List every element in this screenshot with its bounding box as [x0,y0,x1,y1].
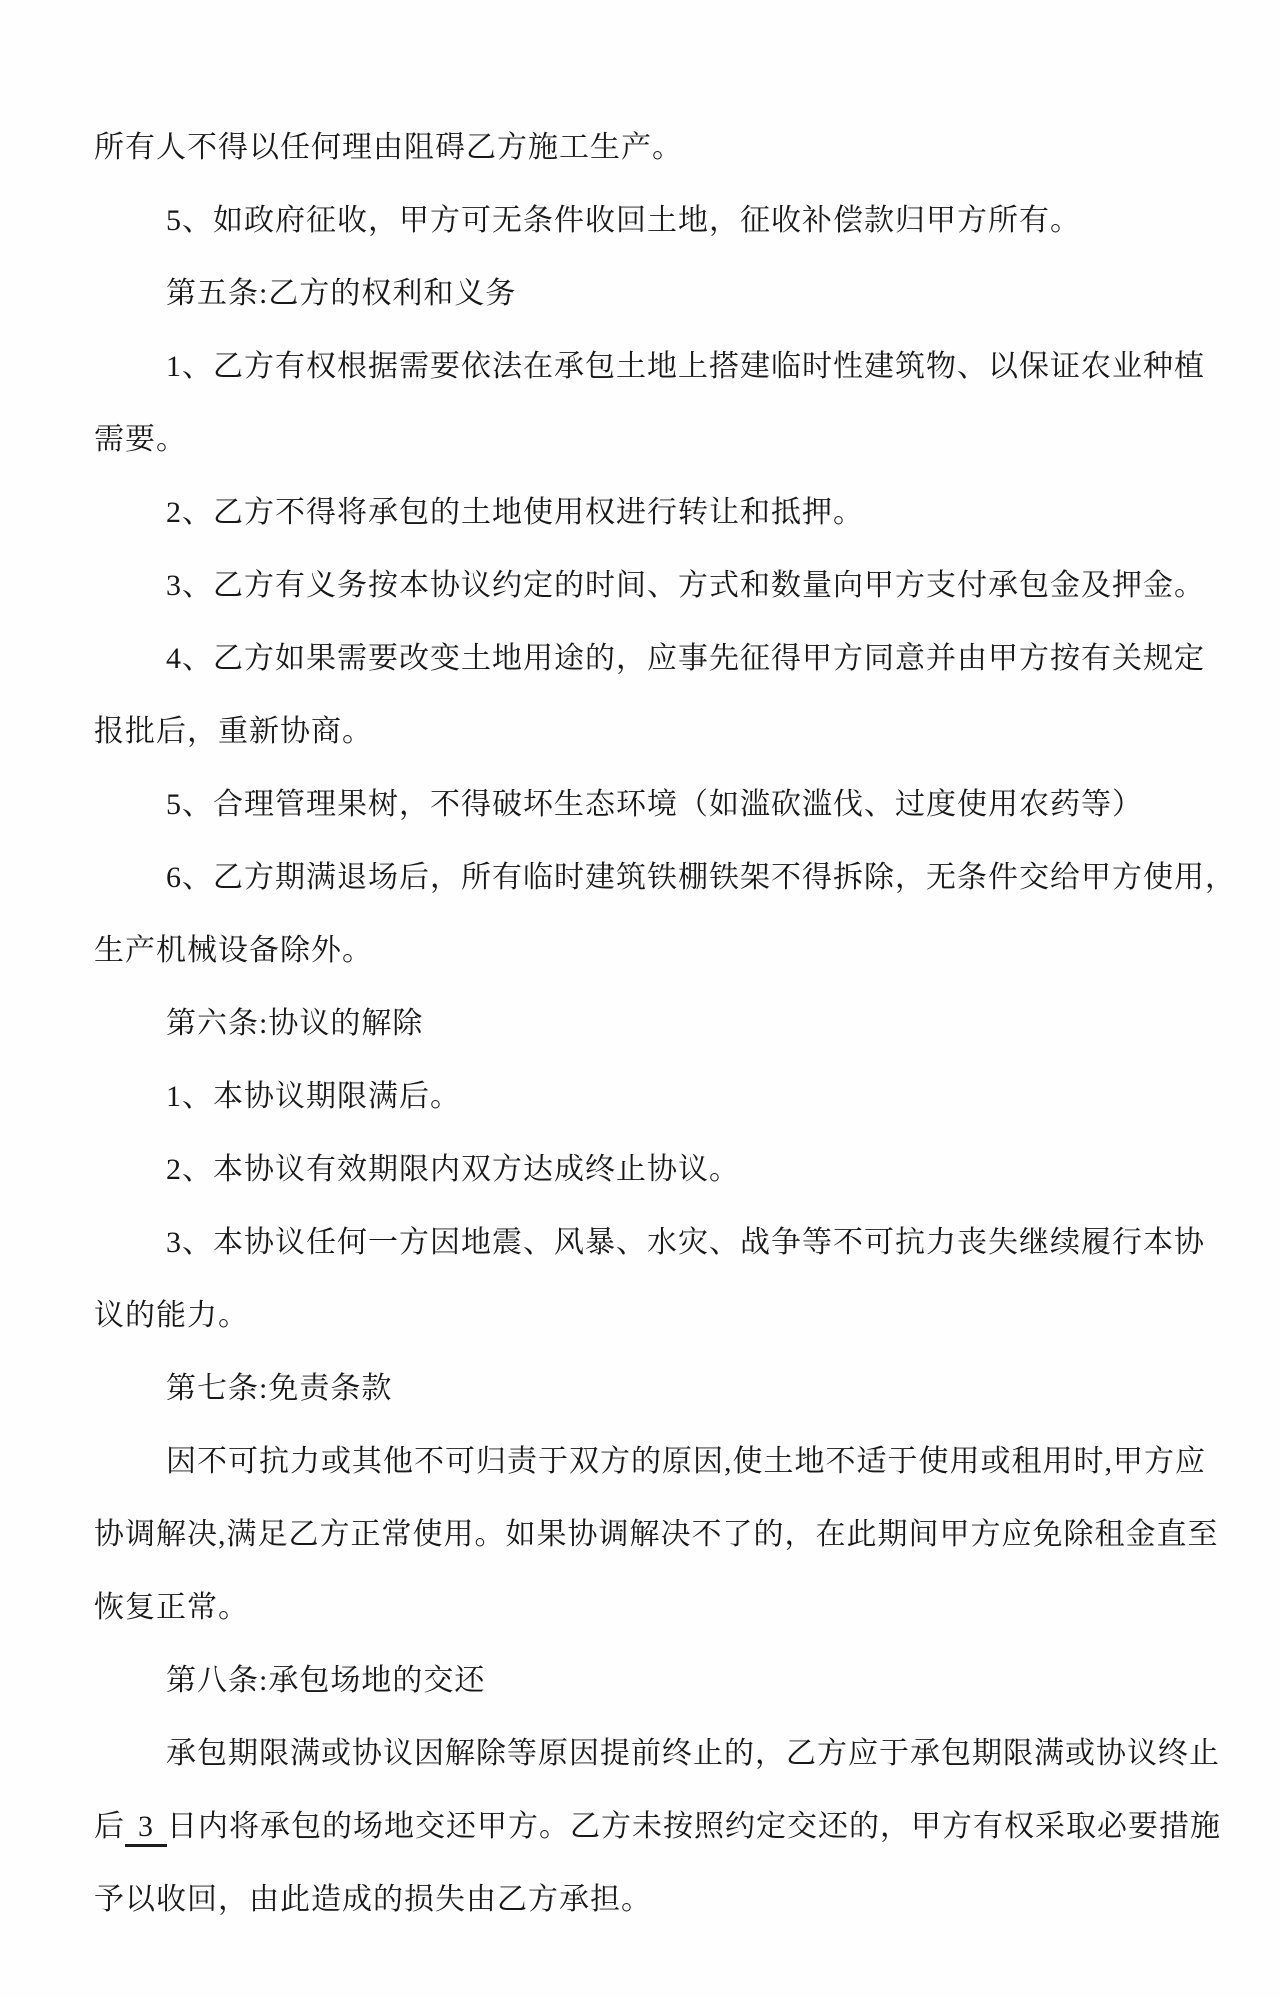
contract-scanned-page: 所有人不得以任何理由阻碍乙方施工生产。 5、如政府征收，甲方可无条件收回土地，征… [0,0,1280,1998]
blank-suffix-text: 日内将承包的场地交还甲方。乙方未按照约定交还的，甲方有权采取必要措施 [167,1810,1221,1843]
clause-heading-article-6: 第六条:协议的解除 [94,987,1244,1060]
blank-prefix-text: 后 [94,1810,125,1843]
clause-heading-article-8: 第八条:承包场地的交还 [94,1644,1244,1717]
paragraph-line-with-filled-blank: 后3日内将承包的场地交还甲方。乙方未按照约定交还的，甲方有权采取必要措施 [94,1790,1244,1863]
list-item-line: 5、如政府征收，甲方可无条件收回土地，征收补偿款归甲方所有。 [94,184,1244,257]
list-item-line: 6、乙方期满退场后，所有临时建筑铁棚铁架不得拆除，无条件交给甲方使用， [94,841,1244,914]
clause-heading-article-5: 第五条:乙方的权利和义务 [94,257,1244,330]
paragraph-line: 承包期限满或协议因解除等原因提前终止的，乙方应于承包期限满或协议终止 [94,1717,1244,1790]
paragraph-line: 议的能力。 [94,1279,1244,1352]
clause-heading-article-7: 第七条:免责条款 [94,1352,1244,1425]
contract-body: 所有人不得以任何理由阻碍乙方施工生产。 5、如政府征收，甲方可无条件收回土地，征… [94,111,1244,1936]
paragraph-line: 需要。 [94,403,1244,476]
list-item-line: 3、本协议任何一方因地震、风暴、水灾、战争等不可抗力丧失继续履行本协 [94,1206,1244,1279]
paragraph-line: 所有人不得以任何理由阻碍乙方施工生产。 [94,111,1244,184]
list-item-line: 1、本协议期限满后。 [94,1060,1244,1133]
list-item-line: 2、乙方不得将承包的土地使用权进行转让和抵押。 [94,476,1244,549]
list-item-line: 1、乙方有权根据需要依法在承包土地上搭建临时性建筑物、以保证农业种植 [94,330,1244,403]
paragraph-line: 生产机械设备除外。 [94,914,1244,987]
list-item-line: 4、乙方如果需要改变土地用途的，应事先征得甲方同意并由甲方按有关规定 [94,622,1244,695]
paragraph-line: 报批后，重新协商。 [94,695,1244,768]
list-item-line: 2、本协议有效期限内双方达成终止协议。 [94,1133,1244,1206]
paragraph-line: 恢复正常。 [94,1571,1244,1644]
list-item-line: 3、乙方有义务按本协议约定的时间、方式和数量向甲方支付承包金及押金。 [94,549,1244,622]
list-item-line: 5、合理管理果树，不得破坏生态环境（如滥砍滥伐、过度使用农药等） [94,768,1244,841]
filled-blank-days-value: 3 [125,1810,167,1847]
paragraph-line: 协调解决,满足乙方正常使用。如果协调解决不了的，在此期间甲方应免除租金直至 [94,1498,1244,1571]
paragraph-line: 予以收回，由此造成的损失由乙方承担。 [94,1863,1244,1936]
paragraph-line: 因不可抗力或其他不可归责于双方的原因,使土地不适于使用或租用时,甲方应 [94,1425,1244,1498]
